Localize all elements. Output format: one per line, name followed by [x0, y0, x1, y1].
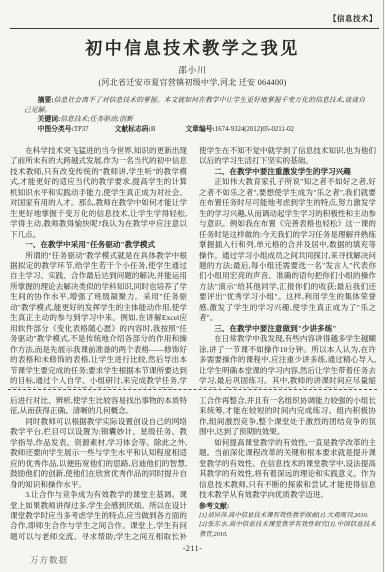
- body-band-bottom: 后进行对比、辨析,使学生比较容易找出事物的本质特征,从而获得正确、清晰的几何概念…: [10, 396, 376, 542]
- abstract: 摘要:信息社会离不了对信息技术的掌握。本文就如何在教学中让学生更好地掌握千变万化…: [24, 96, 365, 115]
- article-title: 初中信息技术教学之我见: [0, 34, 385, 59]
- keywords-text: 信息技术;任务驱动;创新: [60, 116, 133, 123]
- section-heading: 三、在教学中要注意做到"少讲多练": [199, 324, 376, 334]
- abstract-label: 摘要:: [38, 97, 54, 104]
- category-tag: 【信息技术】: [329, 14, 379, 23]
- column-top-left: 在科学技术突飞猛进的当今世界,知识的更新出现了前所未有的大跨越式发展,作为一名当…: [10, 146, 187, 388]
- column-top-right: 使学生在不知不觉中就学到了信息技术知识,也为他们以后的学习生活打下坚实的基础。二…: [199, 146, 376, 388]
- keywords: 关键词:信息技术;任务驱动;创新: [24, 115, 365, 125]
- column-bottom-right: 工合作再整合,并且有一名组织协调能力较强的小组长来统筹,才能在较短的时间内完成练…: [199, 396, 376, 542]
- body-band-top: 在科学技术突飞猛进的当今世界,知识的更新出现了前所未有的大跨越式发展,作为一名当…: [10, 146, 376, 388]
- paragraph: 3.让合作与竞争成为有效教学的课堂主基调。课堂上如果教师讲得过多,学生会感到厌烦…: [10, 490, 187, 542]
- references-heading: 参考文献:: [199, 501, 376, 511]
- section-heading: 一、在教学中采用"任务驱动"教学模式: [10, 240, 187, 250]
- section-heading: 二、在教学中要注重激发学生的学习兴趣: [199, 167, 376, 177]
- article-meta: 摘要:信息社会离不了对信息技术的掌握。本文就如何在教学中让学生更好地掌握千变万化…: [24, 96, 365, 134]
- clc-number: 中图分类号:TP37: [24, 125, 89, 135]
- paragraph: 如何提高课堂教学的有效性,一直是教学改革的主题。当前深化课程改革的关键和根本要求…: [199, 438, 376, 501]
- article-divider-dashed: [8, 389, 377, 390]
- document-code: 文献标志码:B: [115, 125, 156, 135]
- author-name: 邵小川: [0, 64, 385, 76]
- page-header: 【信息技术】: [10, 8, 379, 29]
- author-affiliation: (河北省迁安市夏官营镇初级中学,河北 迁安 064400): [0, 77, 385, 88]
- paragraph-continuation: 使学生在不知不觉中就学到了信息技术知识,也为他们以后的学习生活打下坚实的基础。: [199, 146, 376, 167]
- wanfang-watermark: 万方数据: [30, 554, 68, 566]
- keywords-label: 关键词:: [38, 116, 61, 123]
- column-bottom-left: 后进行对比、辨析,使学生比较容易找出事物的本质特征,从而获得正确、清晰的几何概念…: [10, 396, 187, 542]
- paragraph-continuation: 后进行对比、辨析,使学生比较容易找出事物的本质特征,从而获得正确、清晰的几何概念…: [10, 396, 187, 417]
- paragraph-continuation: 工合作再整合,并且有一名组织协调能力较强的小组长来统筹,才能在较短的时间内完成练…: [199, 396, 376, 438]
- article-number: 文章编号:1674-9324(2012)05-0211-02: [185, 125, 294, 135]
- paragraph: 所谓的"任务驱动"教学模式就是在具体教学中根据拟定的教学环节,给学生若干个小任务…: [10, 251, 187, 388]
- abstract-text: 信息社会离不了对信息技术的掌握。本文就如何在教学中让学生更好地掌握千变万化的信息…: [24, 97, 365, 114]
- paragraph: 正如伟大教育家孔子所说"知之者不如好之者,好之者不如乐之者",要想使学生成为"乐…: [199, 177, 376, 323]
- reference-item: [2]张东水.高中信息技术课堂教学有效性研究[J].中国信息技术教育,2010.: [199, 520, 376, 539]
- reference-item: [1]刘异萍.高中信息技术课有效性教学探索[J].大观周刊,2010.: [199, 511, 376, 520]
- classification-line: 中图分类号:TP37 文献标志码:B 文章编号:1674-9324(2012)0…: [24, 125, 365, 135]
- paragraph: 同时教师可以根据教学实际设置创设自己的网络教学平台,栏目可以设置为:锦囊妙计、星…: [10, 417, 187, 490]
- journal-page: 【信息技术】 初中信息技术教学之我见 邵小川 (河北省迁安市夏官营镇初级中学,河…: [0, 0, 385, 572]
- paragraph: 在日常教学中我发现,有些内容讲得越多学生越糊涂,讲了一节课不如操作10分钟。所以…: [199, 334, 376, 388]
- paragraph: 在科学技术突飞猛进的当今世界,知识的更新出现了前所未有的大跨越式发展,作为一名当…: [10, 146, 187, 240]
- page-number: -211-: [0, 544, 385, 553]
